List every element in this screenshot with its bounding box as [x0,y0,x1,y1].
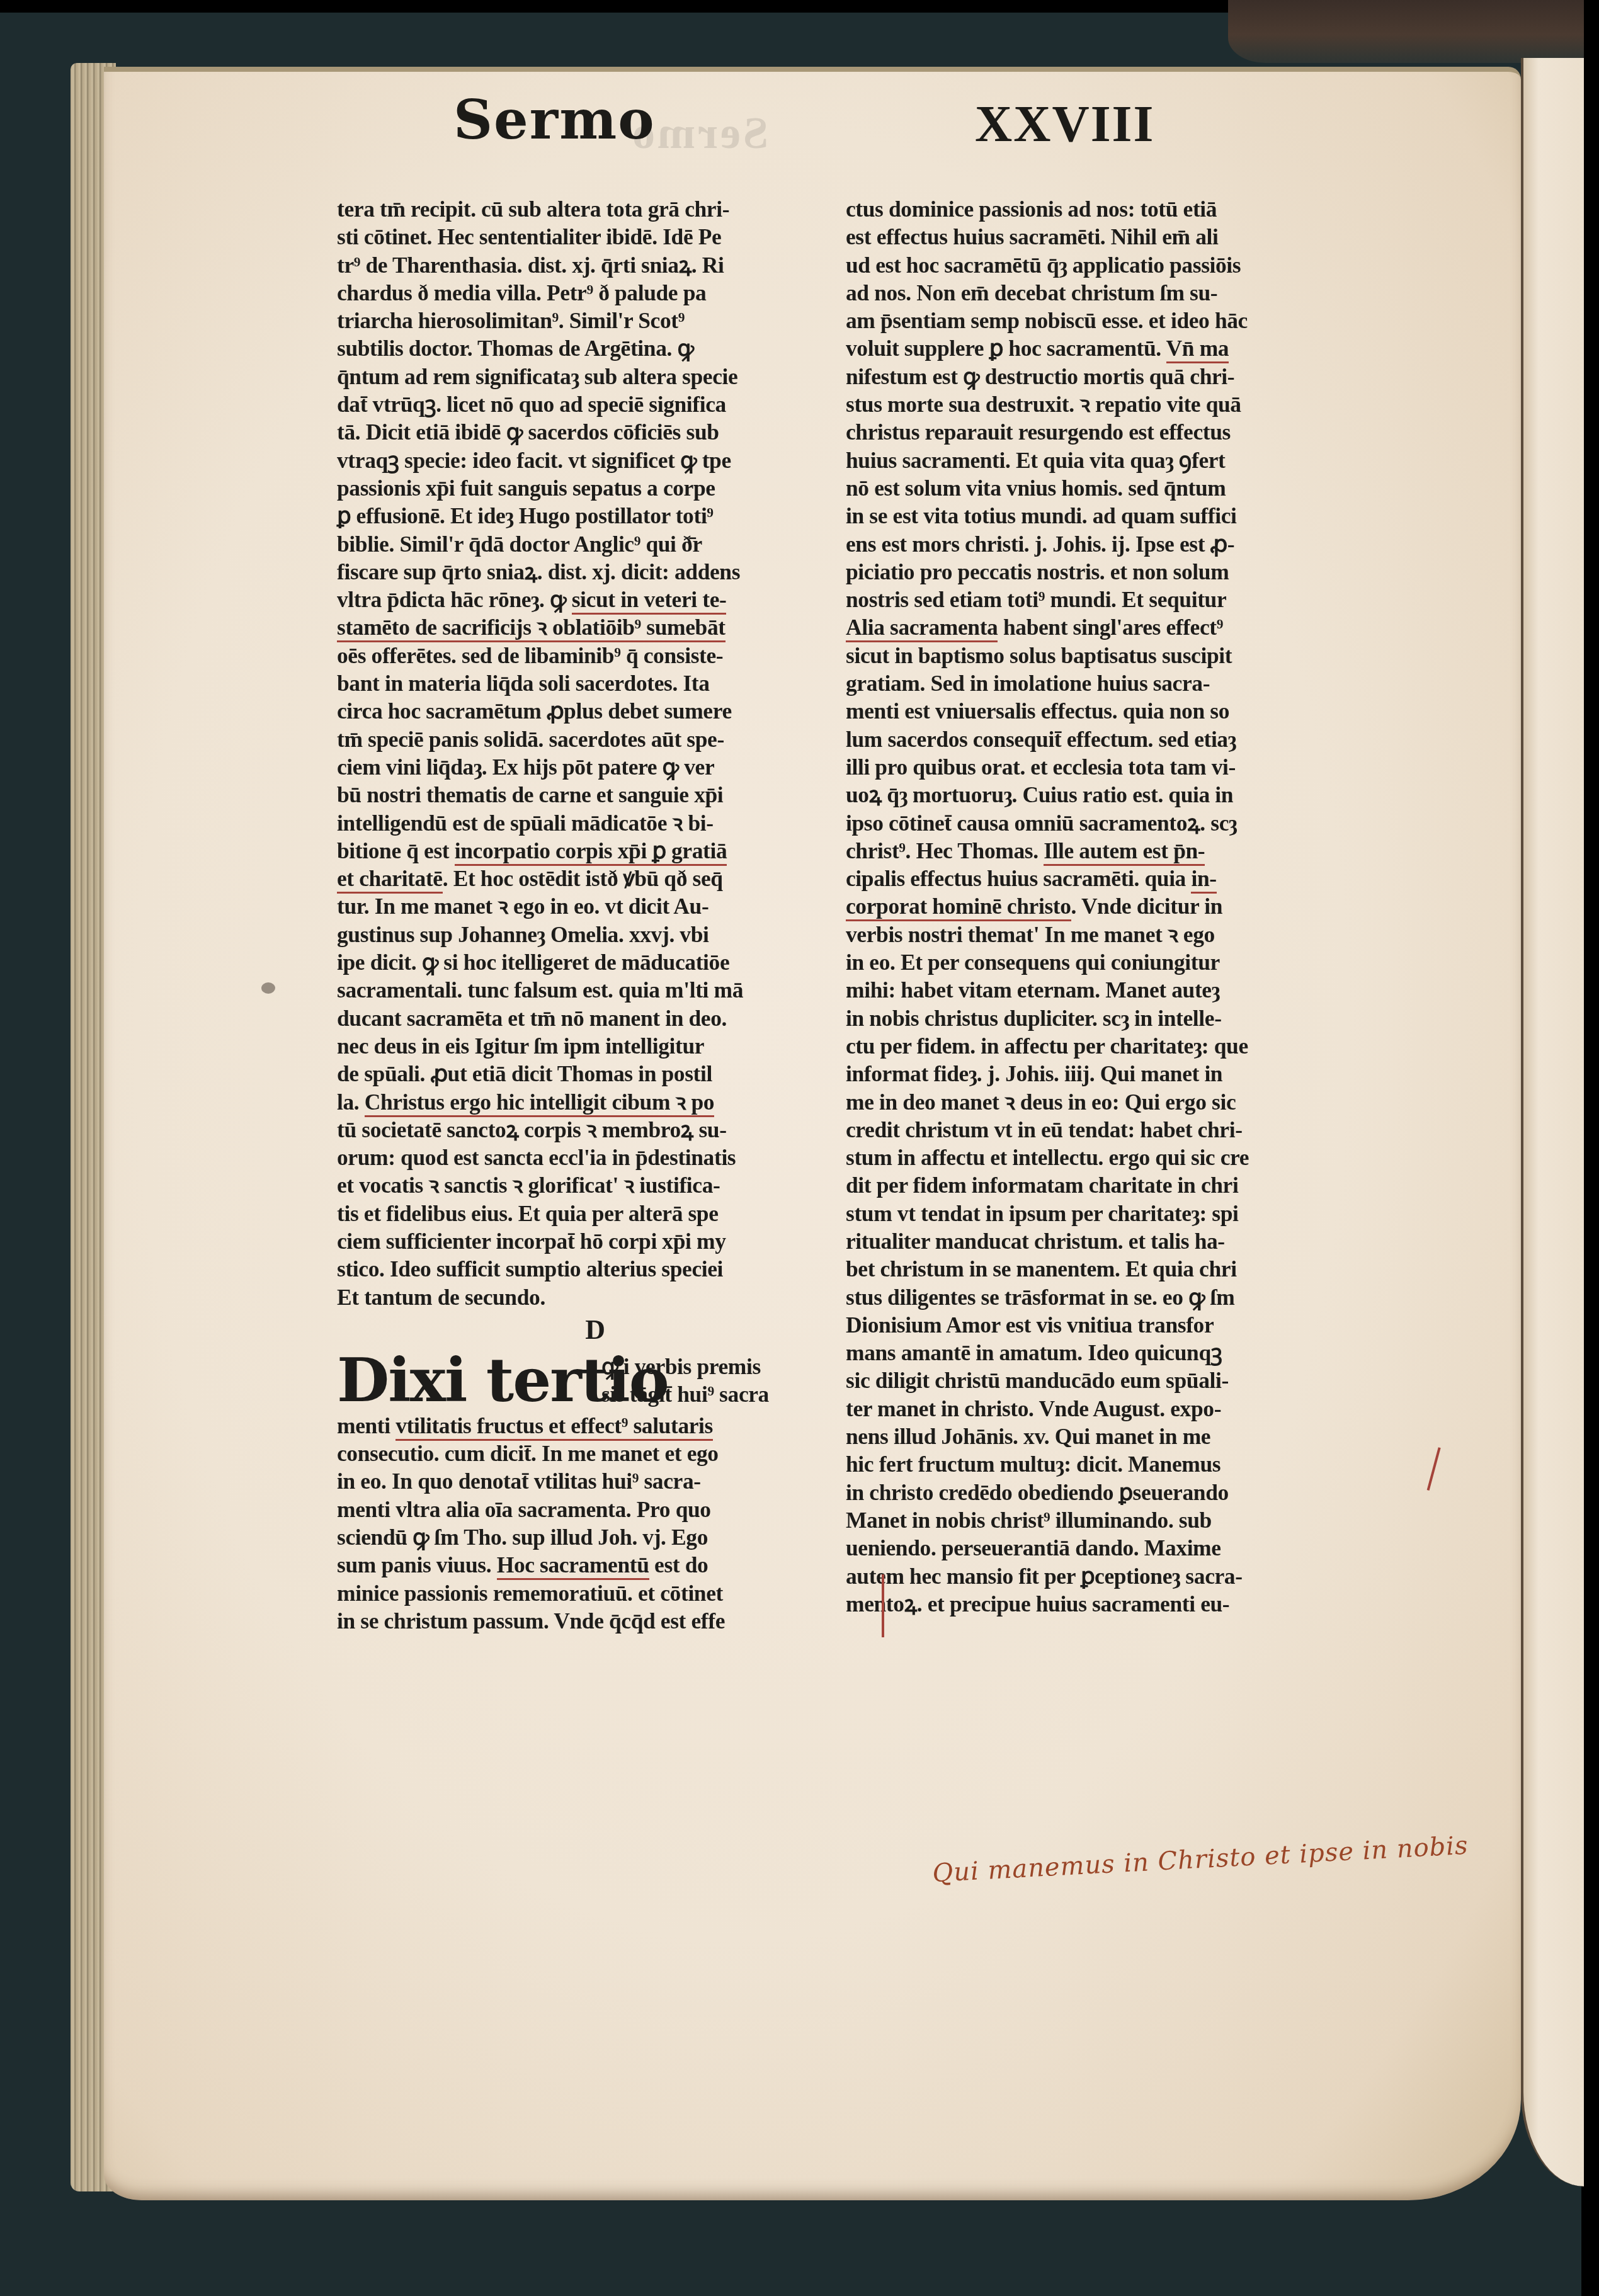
text-line: informat fideȝ. j. Johis. iiij. Qui mane… [846,1060,1324,1088]
facing-page-edge [1521,58,1584,2186]
text-line: sic diligit christū manducādo eum spūali… [846,1367,1324,1394]
text-line: sum panis viuus. Hoc sacramentū est do [337,1551,816,1579]
text-line: ducant sacramēta et tm̄ nō manent in deo… [337,1004,816,1032]
scan-border-right [1581,0,1599,2296]
text-line: ueniendo. perseuerantiā dando. Maxime [846,1534,1324,1562]
text-line: tm̄ speciē panis solidā. sacerdotes aūt … [337,725,816,753]
paper-stain [261,982,275,994]
text-line: menti vltra alia oīa sacramenta. Pro quo [337,1496,816,1523]
text-line: nifestum est ꝙ destructio mortis quā chr… [846,363,1324,390]
rubric-underline: et charitatē [337,866,443,894]
text-line: mihi: habet vitam eternam. Manet auteȝ [846,976,1324,1004]
text-line: subtilis doctor. Thomas de Argētina. ꝙ [337,334,816,362]
text-line: me in deo manet ꝛ deus in eo: Qui ergo s… [846,1088,1324,1116]
text-line: circa hoc sacramētum ꝓplus debet sumere [337,697,816,725]
section-continuation-lines: menti vtilitatis fructus et effect⁹ salu… [337,1412,816,1635]
rubric-underline: Hoc sacramentū [497,1552,649,1580]
text-line: ud est hoc sacramētū q̄ȝ applicatio pass… [846,251,1324,279]
rubric-underline: Vn̄ ma [1166,336,1229,363]
rubric-underline: incorpatio corpis xp̄i ꝑ gratiā [455,838,727,866]
text-line: vltra p̄dicta hāc rōneȝ. ꝙ sicut in vete… [337,586,816,613]
text-line: sis tāgit̄ hui⁹ sacra [601,1380,769,1408]
text-line: ꝑ effusionē. Et ideȝ Hugo postillator to… [337,502,816,530]
text-line: ciem vini liq̄daȝ. Ex hijs pōt patere ꝙ … [337,753,816,781]
right-text-column: ctus dominice passionis ad nos: totū eti… [846,195,1324,1618]
text-line: menti est vniuersalis effectus. quia non… [846,697,1324,725]
text-line: sacramentali. tunc falsum est. quia m'lt… [337,976,816,1004]
left-column-lines: tera tm̄ recipit. cū sub altera tota grā… [337,195,816,1311]
text-line: nec deus in eis Igitur ſm ipm intelligit… [337,1032,816,1060]
rubric-bracket-left [869,1574,884,1637]
text-line: ꝙ i verbis premis [601,1353,769,1380]
text-line: fiscare sup q̄rto sniaꝝ. dist. xj. dicit… [337,558,816,586]
text-line: lum sacerdos consequit̄ effectum. sed et… [846,725,1324,753]
text-line: oēs offerētes. sed de libaminib⁹ q̄ cons… [337,642,816,669]
left-text-column: tera tm̄ recipit. cū sub altera tota grā… [337,195,816,1635]
text-line: Et tantum de secundo. [337,1283,816,1311]
text-line: huius sacramenti. Et quia vita quaȝ ꝯfer… [846,446,1324,474]
text-line: christ⁹. Hec Thomas. Ille autem est p̄n- [846,837,1324,865]
text-line: ipso cōtinet̄ causa omniū sacramentoꝝ. s… [846,809,1324,837]
text-line: Dionisium Amor est vis vnitiua transfor [846,1311,1324,1339]
right-column-lines: ctus dominice passionis ad nos: totū eti… [846,195,1324,1618]
text-line: et vocatis ꝛ sanctis ꝛ glorificat' ꝛ ius… [337,1171,816,1199]
text-line: chardus ð media villa. Petr⁹ ð palude pa [337,279,816,307]
text-line: stamēto de sacrificijs ꝛ oblatiōib⁹ sume… [337,613,816,641]
text-line: passionis xp̄i fuit sanguis sepatus a co… [337,474,816,502]
text-line: ctu per fidem. in affectu per charitateȝ… [846,1032,1324,1060]
text-line: uoꝝ q̄ȝ mortuoruȝ. Cuius ratio est. quia… [846,781,1324,809]
text-line: triarcha hierosolimitan⁹. Simil'r Scot⁹ [337,307,816,334]
text-line: consecutio. cum dicit̄. In me manet et e… [337,1440,816,1467]
text-line: in nobis christus dupliciter. scȝ in int… [846,1004,1324,1032]
rubric-underline: sicut in veteri te- [572,587,727,615]
text-line: tis et fidelibus eius. Et quia per alter… [337,1200,816,1227]
text-line: bet christum in se manentem. Et quia chr… [846,1255,1324,1283]
text-line: et charitatē. Et hoc ostēdit istð ꝟbū qð… [337,865,816,892]
text-line: credit christum vt in eū tendat: habet c… [846,1116,1324,1144]
text-line: christus reparauit resurgendo est effect… [846,418,1324,446]
text-line: est effectus huius sacramēti. Nihil em̄ … [846,223,1324,251]
text-line: biblie. Simil'r q̄dā doctor Anglic⁹ qui … [337,530,816,558]
text-line: in eo. Et per consequens qui coniungitur [846,948,1324,976]
rubric-underline: corporat hominē christo [846,894,1071,921]
rubric-underline: in- [1191,866,1216,894]
text-line: Manet in nobis christ⁹ illuminando. sub [846,1506,1324,1534]
text-line: Alia sacramenta habent singl'ares effect… [846,613,1324,641]
text-line: tū societatē sanctoꝝ corpis ꝛ membroꝝ su… [337,1116,816,1144]
text-line: tera tm̄ recipit. cū sub altera tota grā… [337,195,816,223]
text-line: dit per fidem informatam charitate in ch… [846,1171,1324,1199]
rubric-underline: Christus ergo hic intelligit cibum ꝛ po [365,1089,714,1117]
initial-side-lines: ꝙ i verbis premissis tāgit̄ hui⁹ sacra [601,1353,769,1409]
text-line: tur. In me manet ꝛ ego in eo. vt dicit A… [337,892,816,920]
text-line: stum vt tendat in ipsum per charitateȝ: … [846,1200,1324,1227]
text-line: corporat hominē christo. Vnde dicitur in [846,892,1324,920]
text-line: intelligendū est de spūali mādicatōe ꝛ b… [337,809,816,837]
folio-number: XXVIII [975,94,1154,154]
text-line: ad nos. Non em̄ decebat christum ſm su- [846,279,1324,307]
text-line: la. Christus ergo hic intelligit cibum ꝛ… [337,1088,816,1116]
text-line: tā. Dicit etiā ibidē ꝙ sacerdos cōficiēs… [337,418,816,446]
section-opening: Dixi tertio ꝙ i verbis premissis tāgit̄ … [337,1349,816,1412]
running-head-title: Sermo [453,88,656,152]
text-line: mans amantē in amatum. Ideo quicunqꝫ [846,1339,1324,1367]
running-head: Sermo Sermo XXVIII [0,88,1599,164]
text-line: stico. Ideo sufficit sumptio alterius sp… [337,1255,816,1283]
text-line: q̄ntum ad rem significataȝ sub altera sp… [337,363,816,390]
text-line: mentoꝝ. et precipue huius sacramenti eu- [846,1590,1324,1618]
text-line: tr⁹ de Tharenthasia. dist. xj. q̄rti sni… [337,251,816,279]
text-line: in christo credēdo obediendo ꝑseuerando [846,1479,1324,1506]
text-line: nostris sed etiam toti⁹ mundi. Et sequit… [846,586,1324,613]
text-line: am p̄sentiam semp nobiscū esse. et ideo … [846,307,1324,334]
rubric-underline: vtilitatis fructus et effect⁹ salutaris [395,1413,713,1441]
text-line: gustinus sup Johanneȝ Omelia. xxvj. vbi [337,921,816,948]
text-line: ciem sufficienter incorpat̄ hō corpi xp̄… [337,1227,816,1255]
text-line: sti cōtinet. Hec sententialiter ibidē. I… [337,223,816,251]
text-line: dat̄ vtrūqꝫ. licet nō quo ad speciē sign… [337,390,816,418]
text-line: stus diligentes se trāsformat in se. eo … [846,1283,1324,1311]
text-line: ens est mors christi. j. Johis. ij. Ipse… [846,530,1324,558]
text-line: menti vtilitatis fructus et effect⁹ salu… [337,1412,816,1440]
rubric-underline: stamēto de sacrificijs ꝛ oblatiōib⁹ sume… [337,615,726,642]
text-line: de spūali. ꝓut etiā dicit Thomas in post… [337,1060,816,1088]
text-line: nō est solum vita vnius homis. sed q̄ntu… [846,474,1324,502]
book-binding [1228,0,1584,63]
text-line: verbis nostri themat' In me manet ꝛ ego [846,921,1324,948]
text-line: minice passionis rememoratiuū. et cōtine… [337,1579,816,1607]
text-line: ter manet in christo. Vnde August. expo- [846,1395,1324,1423]
guide-letter: D [337,1311,816,1349]
text-line: illi pro quibus orat. et ecclesia tota t… [846,753,1324,781]
rubric-underline: Alia sacramenta [846,615,998,642]
text-line: in eo. In quo denotat̄ vtilitas hui⁹ sac… [337,1467,816,1495]
text-line: autem hec mansio fit per ꝑceptioneȝ sacr… [846,1562,1324,1590]
rubric-underline: Ille autem est p̄n- [1044,838,1205,866]
text-line: bant in materia liq̄da soli sacerdotes. … [337,669,816,697]
text-line: bitione q̄ est incorpatio corpis xp̄i ꝑ … [337,837,816,865]
text-line: cipalis effectus huius sacramēti. quia i… [846,865,1324,892]
text-line: stus morte sua destruxit. ꝛ repatio vite… [846,390,1324,418]
text-line: voluit supplere ꝑ hoc sacramentū. Vn̄ ma [846,334,1324,362]
text-line: sciendū ꝙ ſm Tho. sup illud Joh. vj. Ego [337,1523,816,1551]
text-line: ctus dominice passionis ad nos: totū eti… [846,195,1324,223]
text-line: bū nostri thematis de carne et sanguie x… [337,781,816,809]
text-line: ritualiter manducat christum. et talis h… [846,1227,1324,1255]
text-line: in se christum passum. Vnde q̄cq̄d est e… [337,1607,816,1635]
text-line: nens illud Johānis. xv. Qui manet in me [846,1423,1324,1450]
text-line: stum in affectu et intellectu. ergo qui … [846,1144,1324,1171]
text-line: in se est vita totius mundi. ad quam suf… [846,502,1324,530]
text-line: ipe dicit. ꝙ si hoc itelligeret de māduc… [337,948,816,976]
text-line: piciatio pro peccatis nostris. et non so… [846,558,1324,586]
text-line: vtraqꝫ specie: ideo facit. vt significet… [337,446,816,474]
text-line: sicut in baptismo solus baptisatus susci… [846,642,1324,669]
text-line: orum: quod est sancta eccl'ia in p̄desti… [337,1144,816,1171]
text-line: gratiam. Sed in imolatione huius sacra- [846,669,1324,697]
text-line: hic fert fructum multuȝ: dicit. Manemus [846,1450,1324,1478]
